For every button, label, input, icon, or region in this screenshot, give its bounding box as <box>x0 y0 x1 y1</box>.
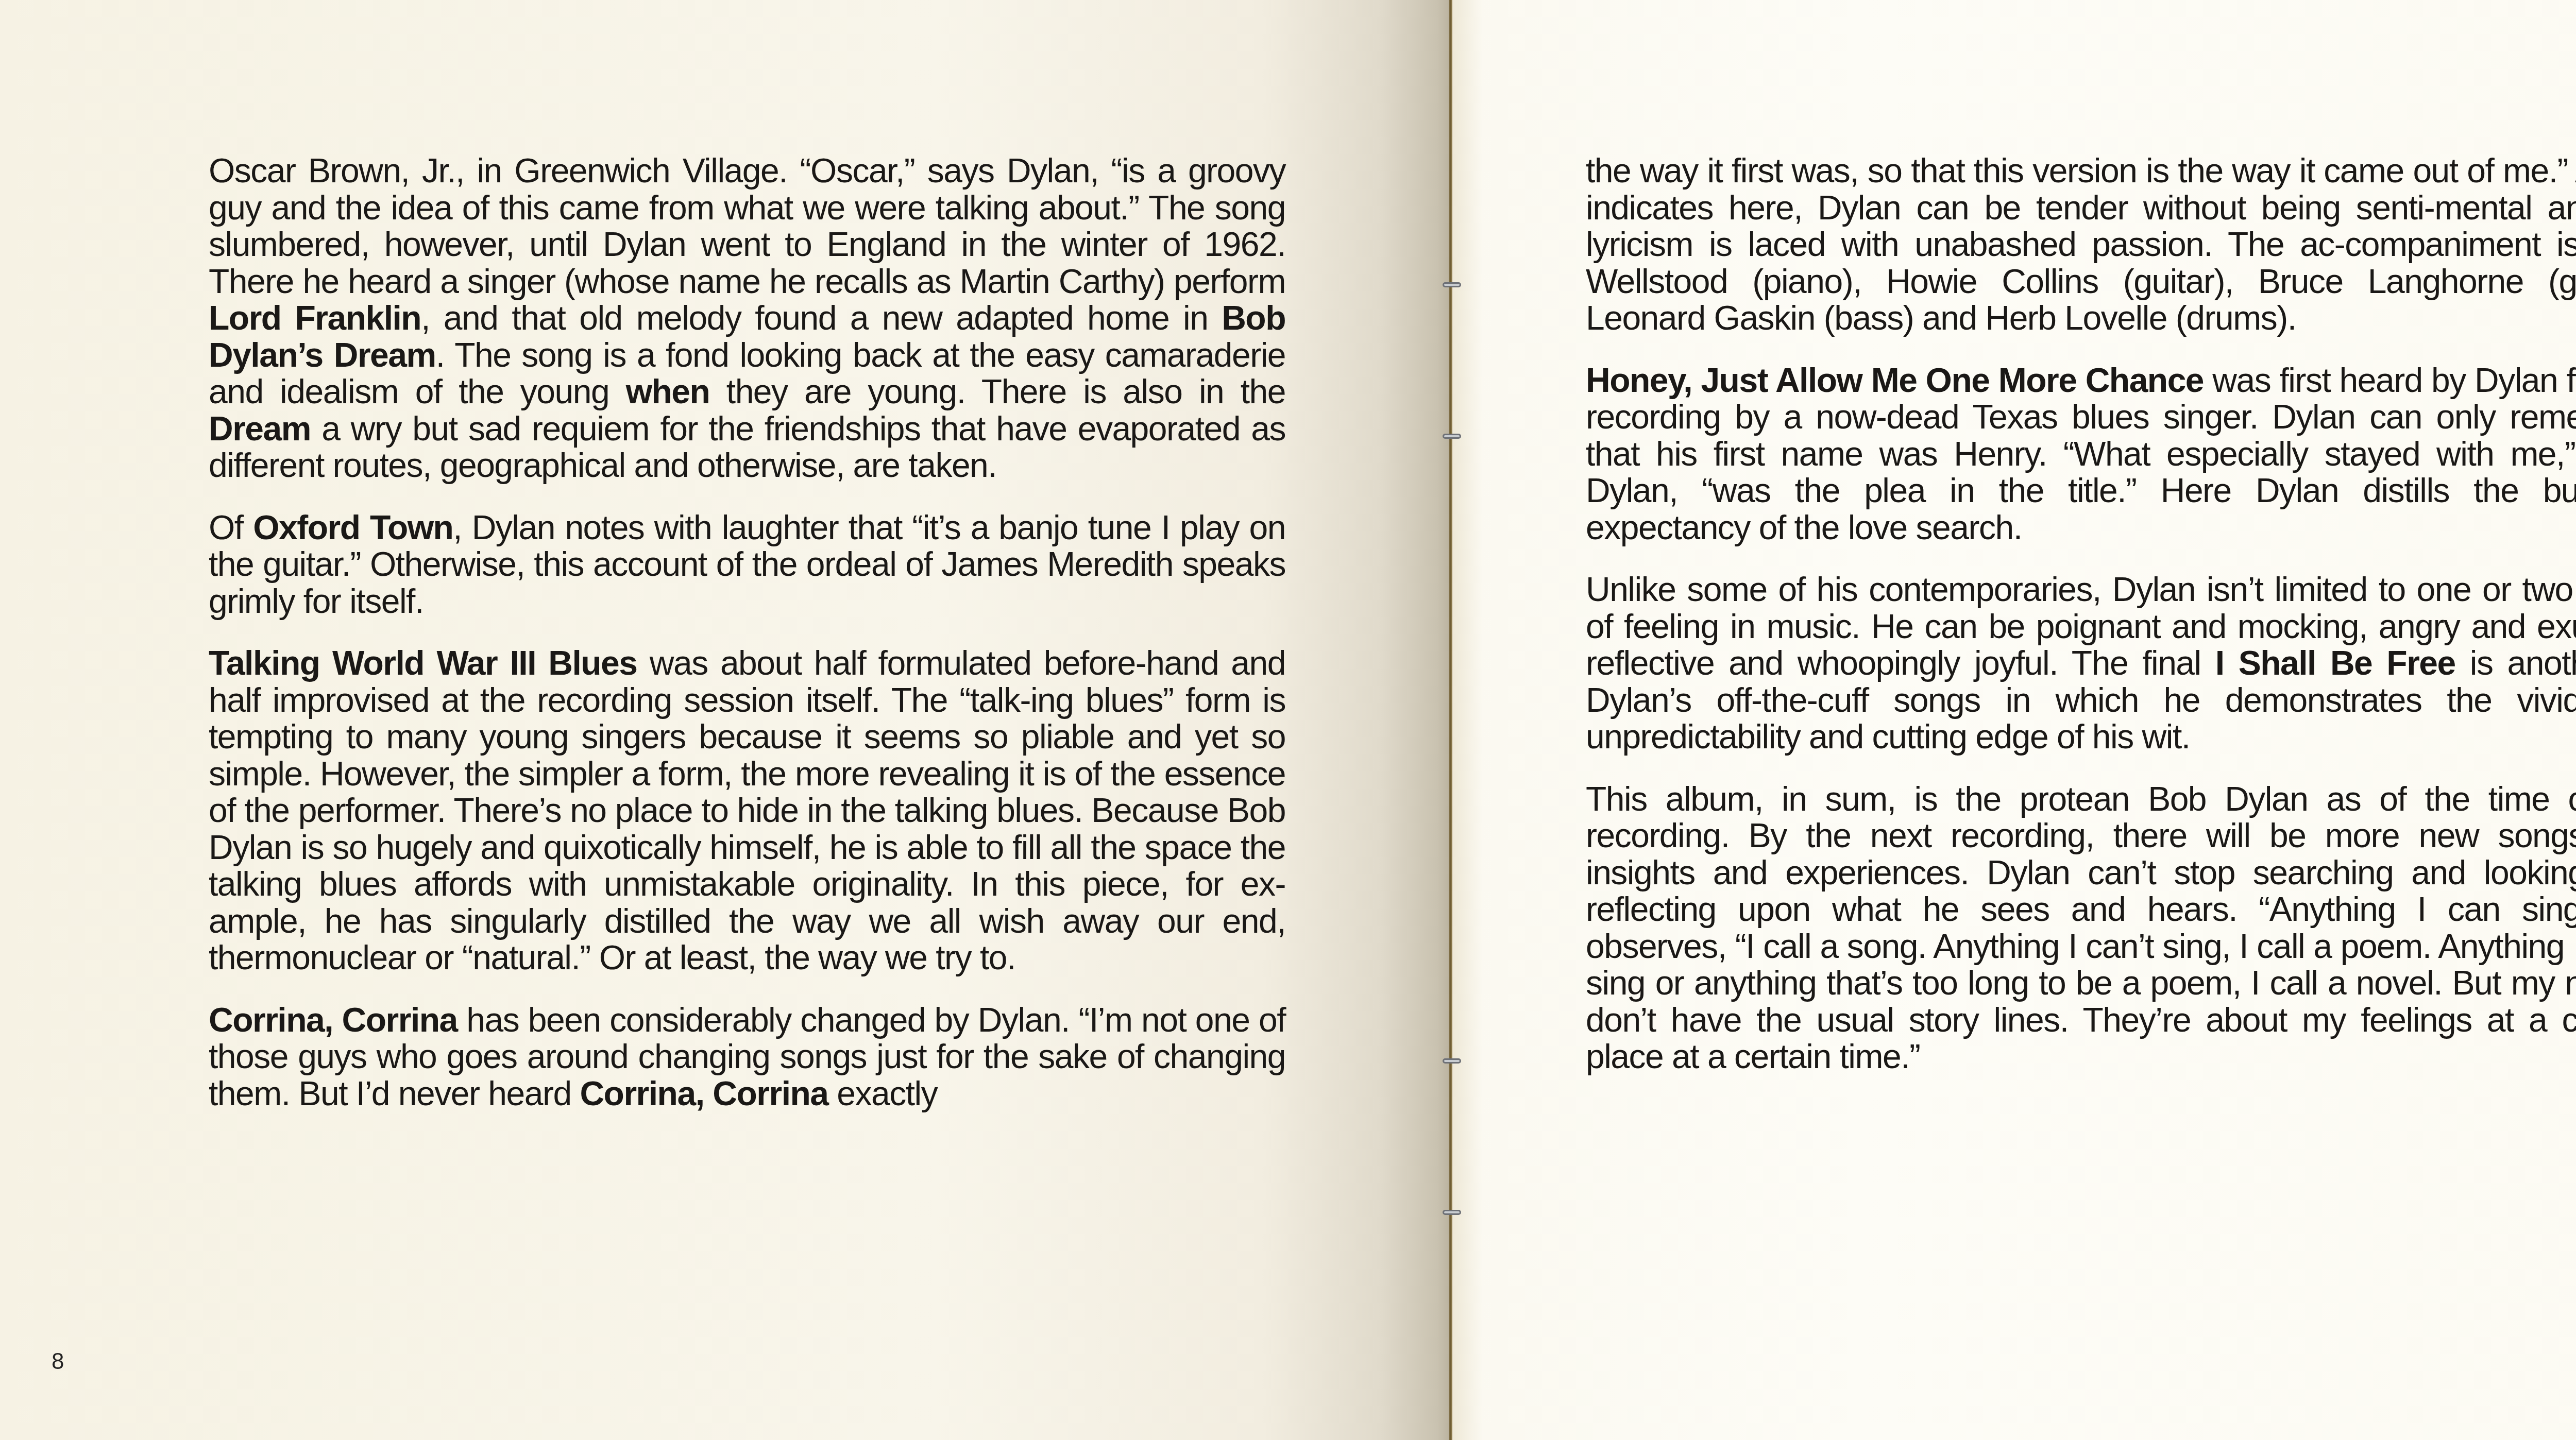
paragraph: Of Oxford Town, Dylan notes with laughte… <box>209 509 1285 620</box>
paragraph: the way it first was, so that this versi… <box>1586 152 2576 337</box>
song-title: Corrina, Corrina <box>209 1001 457 1039</box>
text-run: was about half formulated before-hand an… <box>209 644 1285 976</box>
left-page-text-column: Oscar Brown, Jr., in Greenwich Village. … <box>209 152 1285 1137</box>
song-title: Honey, Just Allow Me One More Chance <box>1586 361 2204 399</box>
text-run: , and that old melody found a new adapte… <box>421 299 1222 337</box>
text-run: This album, in sum, is the protean Bob D… <box>1586 780 2576 1076</box>
paragraph: Oscar Brown, Jr., in Greenwich Village. … <box>209 152 1285 484</box>
booklet-spread: Oscar Brown, Jr., in Greenwich Village. … <box>0 0 2576 1440</box>
paragraph: Honey, Just Allow Me One More Chance was… <box>1586 362 2576 546</box>
song-title: Oxford Town <box>253 508 453 546</box>
book-spine <box>1449 0 1452 1440</box>
text-run: a wry but sad requiem for the friendship… <box>209 409 1285 485</box>
text-run: the way it first was, so that this versi… <box>1586 151 2576 337</box>
page-left: Oscar Brown, Jr., in Greenwich Village. … <box>0 0 1452 1440</box>
text-run: exactly <box>828 1074 938 1112</box>
text-run: they are young. There is also in the <box>709 372 1285 410</box>
paragraph: This album, in sum, is the protean Bob D… <box>1586 781 2576 1075</box>
paragraph: Corrina, Corrina has been considerably c… <box>209 1002 1285 1112</box>
text-run: Of <box>209 508 253 546</box>
paragraph: Unlike some of his contemporaries, Dylan… <box>1586 571 2576 756</box>
song-title: Talking World War III Blues <box>209 644 637 682</box>
song-title: I Shall Be Free <box>2215 644 2455 682</box>
song-title: Corrina, Corrina <box>580 1074 828 1112</box>
staple <box>1443 1058 1461 1064</box>
staple <box>1443 1210 1461 1215</box>
paragraph: Talking World War III Blues was about ha… <box>209 645 1285 976</box>
staple <box>1443 282 1461 287</box>
page-number-left: 8 <box>52 1350 64 1373</box>
song-title: Lord Franklin <box>209 299 421 337</box>
text-run: Oscar Brown, Jr., in Greenwich Village. … <box>209 151 1285 300</box>
staple <box>1443 434 1461 439</box>
right-page-text-column: the way it first was, so that this versi… <box>1586 152 2576 1101</box>
song-title: when <box>626 372 710 410</box>
song-title: Dream <box>209 409 311 448</box>
